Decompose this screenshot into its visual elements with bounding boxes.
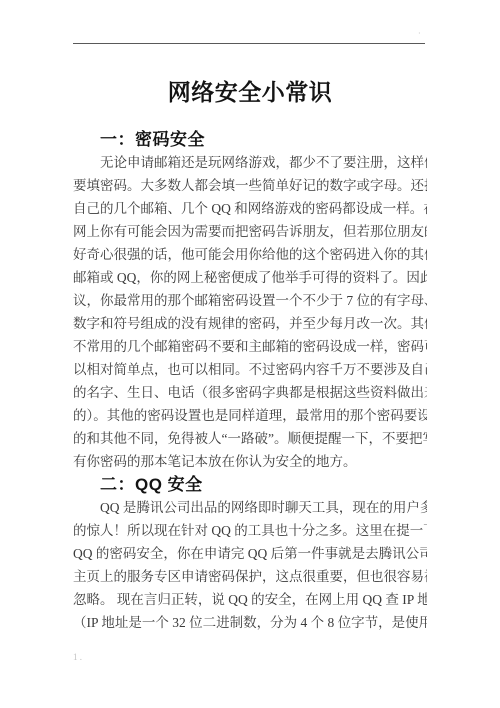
section-heading: 一：密码安全	[73, 128, 427, 151]
body-line: 好奇心很强的话，他可能会用你给他的这个密码进入你的其他	[73, 243, 427, 266]
body-line: 主页上的服务专区申请密码保护，这点很重要，但也很容易被	[73, 565, 427, 588]
body-line: 邮箱或 QQ，你的网上秘密便成了他举手可得的资料了。因此建	[73, 266, 427, 289]
body-line: QQ 的密码安全，你在申请完 QQ 后第一件事就是去腾讯公司的	[73, 542, 427, 565]
header-rule	[73, 43, 425, 44]
body-line: 网上你有可能会因为需要而把密码告诉朋友，但若那位朋友的	[73, 220, 427, 243]
body-line: 自己的几个邮箱、几个 QQ 和网络游戏的密码都设成一样。在	[73, 197, 427, 220]
page-title: 网络安全小常识	[0, 79, 500, 106]
document-page: · 网络安全小常识 一：密码安全无论申请邮箱还是玩网络游戏，都少不了要注册，这样…	[0, 0, 500, 708]
body-line: 要填密码。大多数人都会填一些简单好记的数字或字母。还把	[73, 174, 427, 197]
body-line: 的名字、生日、电话（很多密码字典都是根据这些资料做出来	[73, 381, 427, 404]
body-line: 的惊人！所以现在针对 QQ 的工具也十分之多。这里在提一下	[73, 519, 427, 542]
content-column: 一：密码安全无论申请邮箱还是玩网络游戏，都少不了要注册，这样便要填密码。大多数人…	[73, 128, 427, 634]
body-line: （IP 地址是一个 32 位二进制数，分为 4 个 8 位字节，是使用	[73, 611, 427, 634]
body-line: 以相对简单点，也可以相同。不过密码内容千万不要涉及自己	[73, 358, 427, 381]
body-line: 忽略。 现在言归正转，说 QQ 的安全，在网上用 QQ 查 IP 地址	[73, 588, 427, 611]
body-line: QQ 是腾讯公司出品的网络即时聊天工具，现在的用户多	[73, 496, 427, 519]
header-dot-mark: ·	[418, 30, 421, 38]
body-line: 有你密码的那本笔记本放在你认为安全的地方。	[73, 450, 427, 473]
body-line: 数字和符号组成的没有规律的密码，并至少每月改一次。其他	[73, 312, 427, 335]
footer-page-number: 1 .	[73, 652, 82, 662]
body-line: 的和其他不同，免得被人“一路破”。顺便提醒一下，不要把写	[73, 427, 427, 450]
section-heading: 二：QQ 安全	[73, 473, 427, 496]
body-line: 不常用的几个邮箱密码不要和主邮箱的密码设成一样，密码可	[73, 335, 427, 358]
body-line: 议，你最常用的那个邮箱密码设置一个不少于 7 位的有字母、	[73, 289, 427, 312]
body-line: 无论申请邮箱还是玩网络游戏，都少不了要注册，这样便	[73, 151, 427, 174]
body-line: 的）。其他的密码设置也是同样道理，最常用的那个密码要设置	[73, 404, 427, 427]
